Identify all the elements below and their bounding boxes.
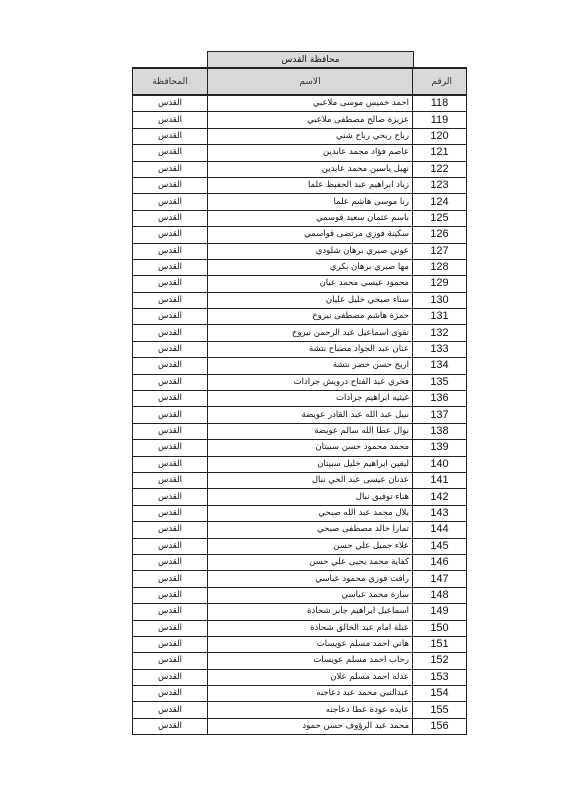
governorate-cell: القدس [133,325,208,341]
governorate-cell: القدس [133,161,208,177]
table-row: القدسهاني احمد مسلم عويسات151 [133,636,467,652]
governorate-cell: القدس [133,145,208,161]
number-cell: 153 [413,669,467,685]
number-cell: 136 [413,391,467,407]
table-row: القدسرحاب احمد مسلم عويسات152 [133,653,467,669]
number-cell: 144 [413,522,467,538]
governorate-cell: القدس [133,604,208,620]
number-cell: 155 [413,702,467,718]
table-row: القدسعدله احمد مسلم علان153 [133,669,467,685]
table-row: القدسمحمد عبد الرؤوف حسن حمود156 [133,718,467,734]
number-cell: 146 [413,554,467,570]
table-row: القدساريج حسن خضر نتشة134 [133,358,467,374]
number-cell: 125 [413,210,467,226]
governorate-cell: القدس [133,505,208,521]
number-cell: 118 [413,95,467,112]
governorate-cell: القدس [133,423,208,439]
governorate-cell: القدس [133,653,208,669]
number-cell: 120 [413,128,467,144]
governorate-cell: القدس [133,374,208,390]
header-number: الرقم [413,68,467,95]
table-row: القدسعايده عودة عطا دعاجنه155 [133,702,467,718]
governorate-cell: القدس [133,177,208,193]
number-cell: 138 [413,423,467,439]
name-cell: فخري عبد الفتاح درويش جرادات [208,374,413,390]
number-cell: 130 [413,292,467,308]
number-cell: 133 [413,341,467,357]
number-cell: 122 [413,161,467,177]
name-cell: اريج حسن خضر نتشة [208,358,413,374]
name-cell: تمارا خالد مصطفى صبحي [208,522,413,538]
number-cell: 131 [413,309,467,325]
governorate-cell: القدس [133,522,208,538]
name-cell: عبلة امام عبد الخالق شحادة [208,620,413,636]
name-cell: احمد خميس موسى ملاعبي [208,95,413,112]
governorate-cell: القدس [133,243,208,259]
number-cell: 127 [413,243,467,259]
number-cell: 124 [413,194,467,210]
name-cell: عنان عبد الجواد مصباح نتشة [208,341,413,357]
document-page: محافظة القدس المحافظة الاسم الرقم القدسا… [0,0,565,800]
number-cell: 126 [413,227,467,243]
table-row: القدسعزيزة صالح مصطفى ملاعبي119 [133,112,467,128]
number-cell: 123 [413,177,467,193]
name-cell: هاني احمد مسلم عويسات [208,636,413,652]
governorate-cell: القدس [133,112,208,128]
table-row: القدسهناء توفيق نبال142 [133,489,467,505]
table-row: القدسعلاء جميل علي حسن145 [133,538,467,554]
table-row: القدسعوني صبري برهان شلودي127 [133,243,467,259]
governorate-cell: القدس [133,472,208,488]
name-cell: سكينة فوزي مرتضى قواسمي [208,227,413,243]
governorate-cell: القدس [133,686,208,702]
name-cell: رحاب احمد مسلم عويسات [208,653,413,669]
number-cell: 140 [413,456,467,472]
table-row: القدسليفين ابراهيم خليل سبيتان140 [133,456,467,472]
table-row: القدسعدنان عيسى عبد الحي نبال141 [133,472,467,488]
table-row: القدسعنان عبد الجواد مصباح نتشة133 [133,341,467,357]
number-cell: 119 [413,112,467,128]
table-row: القدسرنا موسى هاشم علما124 [133,194,467,210]
governorate-cell: القدس [133,276,208,292]
number-cell: 129 [413,276,467,292]
name-cell: سناء صبحي خليل عليان [208,292,413,308]
name-cell: اسماعيل ابراهيم جابر شحادة [208,604,413,620]
table-body: القدساحمد خميس موسى ملاعبي118القدسعزيزة … [133,95,467,735]
governorate-cell: القدس [133,489,208,505]
governorate-cell: القدس [133,309,208,325]
name-cell: محمد عبد الرؤوف حسن حمود [208,718,413,734]
table-row: القدسنهيل ياسين محمد عابدين122 [133,161,467,177]
name-cell: رافت فوزي محمود عباسي [208,571,413,587]
name-cell: عزيزة صالح مصطفى ملاعبي [208,112,413,128]
table-row: القدسرافت فوزي محمود عباسي147 [133,571,467,587]
number-cell: 137 [413,407,467,423]
number-cell: 149 [413,604,467,620]
table-row: القدسباسم عثمان سعيد قوسمي125 [133,210,467,226]
table-row: القدسنبيل عبد الله عبد القادر عويضة137 [133,407,467,423]
name-cell: عدله احمد مسلم علان [208,669,413,685]
table-row: القدسمحمد محمود حسن سبيتان139 [133,440,467,456]
header-name: الاسم [208,68,413,95]
governorate-cell: القدس [133,620,208,636]
governorate-cell: القدس [133,669,208,685]
number-cell: 150 [413,620,467,636]
name-cell: حمزة هاشم مصطفى نيروخ [208,309,413,325]
governorate-cell: القدس [133,407,208,423]
number-cell: 139 [413,440,467,456]
name-cell: علاء جميل علي حسن [208,538,413,554]
governorate-cell: القدس [133,440,208,456]
number-cell: 134 [413,358,467,374]
table-row: القدساحمد خميس موسى ملاعبي118 [133,95,467,112]
table-row: القدسفخري عبد الفتاح درويش جرادات135 [133,374,467,390]
table-title: محافظة القدس [207,51,414,68]
name-cell: عاصم فؤاد محمد عابدين [208,145,413,161]
name-cell: غيثيه ابراهيم جرادات [208,391,413,407]
table-row: القدستمارا خالد مصطفى صبحي144 [133,522,467,538]
number-cell: 141 [413,472,467,488]
name-cell: نهيل ياسين محمد عابدين [208,161,413,177]
number-cell: 121 [413,145,467,161]
roster-table: المحافظة الاسم الرقم القدساحمد خميس موسى… [132,67,467,735]
governorate-cell: القدس [133,194,208,210]
name-cell: عايده عودة عطا دعاجنه [208,702,413,718]
number-cell: 132 [413,325,467,341]
table-row: القدستقوى اسماعيل عبد الرحمن نيروخ132 [133,325,467,341]
governorate-cell: القدس [133,718,208,734]
name-cell: عدنان عيسى عبد الحي نبال [208,472,413,488]
number-cell: 154 [413,686,467,702]
governorate-cell: القدس [133,636,208,652]
table-row: القدسسناء صبحي خليل عليان130 [133,292,467,308]
name-cell: رباح ربحي رباح شتي [208,128,413,144]
name-cell: ليفين ابراهيم خليل سبيتان [208,456,413,472]
governorate-cell: القدس [133,554,208,570]
number-cell: 145 [413,538,467,554]
name-cell: مها صبري برهان بكري [208,259,413,275]
table-row: القدسكفاية محمد يحيى علي حسن146 [133,554,467,570]
table-row: القدسعاصم فؤاد محمد عابدين121 [133,145,467,161]
name-cell: محمود عيسى محمد عيان [208,276,413,292]
governorate-cell: القدس [133,292,208,308]
governorate-cell: القدس [133,210,208,226]
name-cell: سارة محمد عباسي [208,587,413,603]
table-row: القدسحمزة هاشم مصطفى نيروخ131 [133,309,467,325]
number-cell: 152 [413,653,467,669]
table-row: القدسغيثيه ابراهيم جرادات136 [133,391,467,407]
table-row: القدسعبلة امام عبد الخالق شحادة150 [133,620,467,636]
name-cell: كفاية محمد يحيى علي حسن [208,554,413,570]
number-cell: 135 [413,374,467,390]
name-cell: زياد ابراهيم عبد الحفيظ علما [208,177,413,193]
governorate-cell: القدس [133,571,208,587]
table-row: القدساسماعيل ابراهيم جابر شحادة149 [133,604,467,620]
table-row: القدسبلال محمد عبد الله صبحي143 [133,505,467,521]
name-cell: عوني صبري برهان شلودي [208,243,413,259]
governorate-cell: القدس [133,456,208,472]
table-row: القدسمها صبري برهان بكري128 [133,259,467,275]
number-cell: 128 [413,259,467,275]
governorate-cell: القدس [133,341,208,357]
table-row: القدسسكينة فوزي مرتضى قواسمي126 [133,227,467,243]
table-row: القدسزياد ابراهيم عبد الحفيظ علما123 [133,177,467,193]
table-row: القدسسارة محمد عباسي148 [133,587,467,603]
table-row: القدسنوال عطا الله سالم عويضة138 [133,423,467,439]
governorate-cell: القدس [133,538,208,554]
number-cell: 156 [413,718,467,734]
number-cell: 147 [413,571,467,587]
number-cell: 143 [413,505,467,521]
governorate-cell: القدس [133,95,208,112]
header-governorate: المحافظة [133,68,208,95]
number-cell: 151 [413,636,467,652]
header-row: المحافظة الاسم الرقم [133,68,467,95]
governorate-cell: القدس [133,587,208,603]
number-cell: 148 [413,587,467,603]
governorate-cell: القدس [133,259,208,275]
governorate-cell: القدس [133,358,208,374]
number-cell: 142 [413,489,467,505]
name-cell: تقوى اسماعيل عبد الرحمن نيروخ [208,325,413,341]
governorate-cell: القدس [133,391,208,407]
table-row: القدسمحمود عيسى محمد عيان129 [133,276,467,292]
name-cell: نوال عطا الله سالم عويضة [208,423,413,439]
name-cell: رنا موسى هاشم علما [208,194,413,210]
name-cell: عبدالنبي محمد عبد دعاجنه [208,686,413,702]
table-row: القدسعبدالنبي محمد عبد دعاجنه154 [133,686,467,702]
name-cell: باسم عثمان سعيد قوسمي [208,210,413,226]
table-row: القدسرباح ربحي رباح شتي120 [133,128,467,144]
name-cell: نبيل عبد الله عبد القادر عويضة [208,407,413,423]
governorate-cell: القدس [133,128,208,144]
name-cell: محمد محمود حسن سبيتان [208,440,413,456]
name-cell: بلال محمد عبد الله صبحي [208,505,413,521]
governorate-cell: القدس [133,227,208,243]
governorate-cell: القدس [133,702,208,718]
name-cell: هناء توفيق نبال [208,489,413,505]
